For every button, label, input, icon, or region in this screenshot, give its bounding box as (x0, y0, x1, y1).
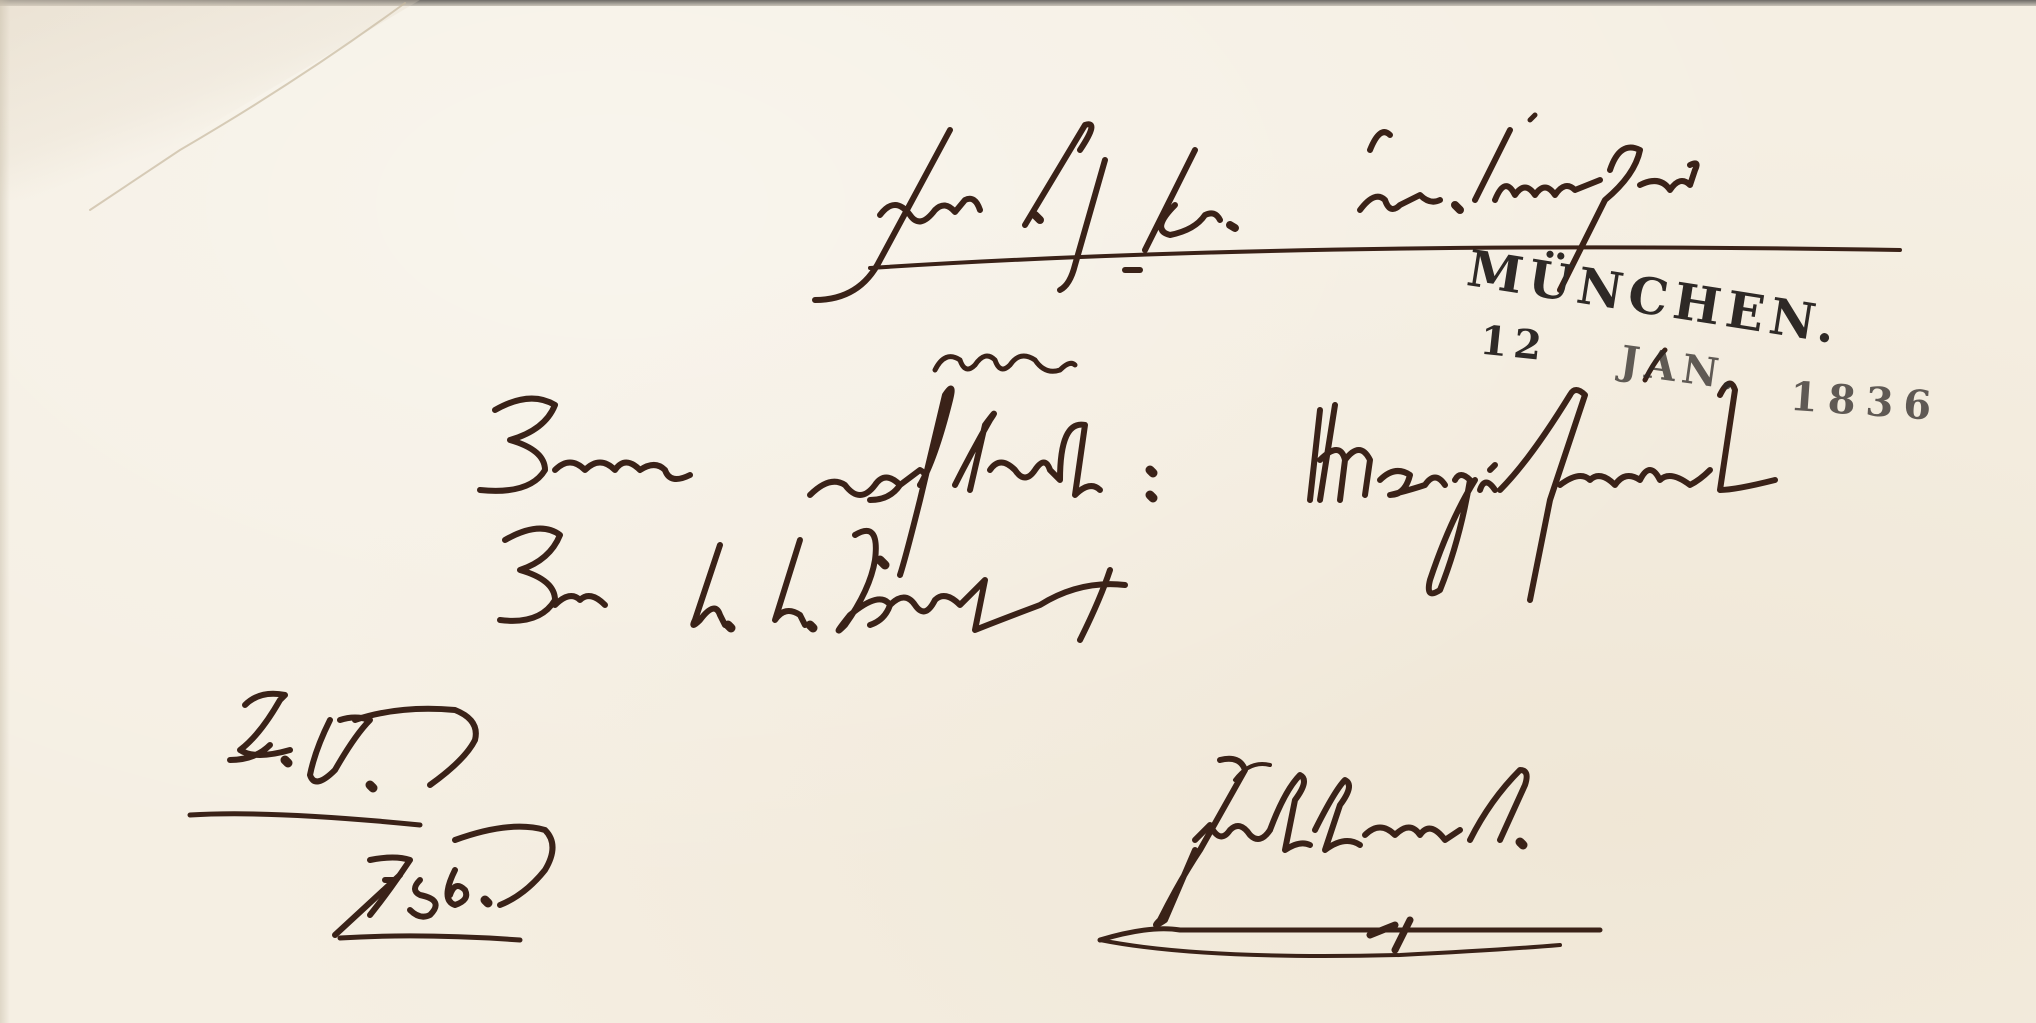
destination-strokes (1156, 759, 1527, 925)
address-line-an-strokes (935, 356, 1075, 371)
letter-cover: MÜNCHEN. 12 JAN. 1836 Vom K. Hof. Dir. M… (0, 0, 2036, 1023)
address-line-3-strokes (500, 529, 1125, 640)
address-line-2-strokes (480, 350, 1775, 600)
postmark-day: 12 (1478, 317, 1550, 371)
handwriting-ink (0, 0, 2036, 1023)
left-notes-strokes (190, 694, 553, 940)
